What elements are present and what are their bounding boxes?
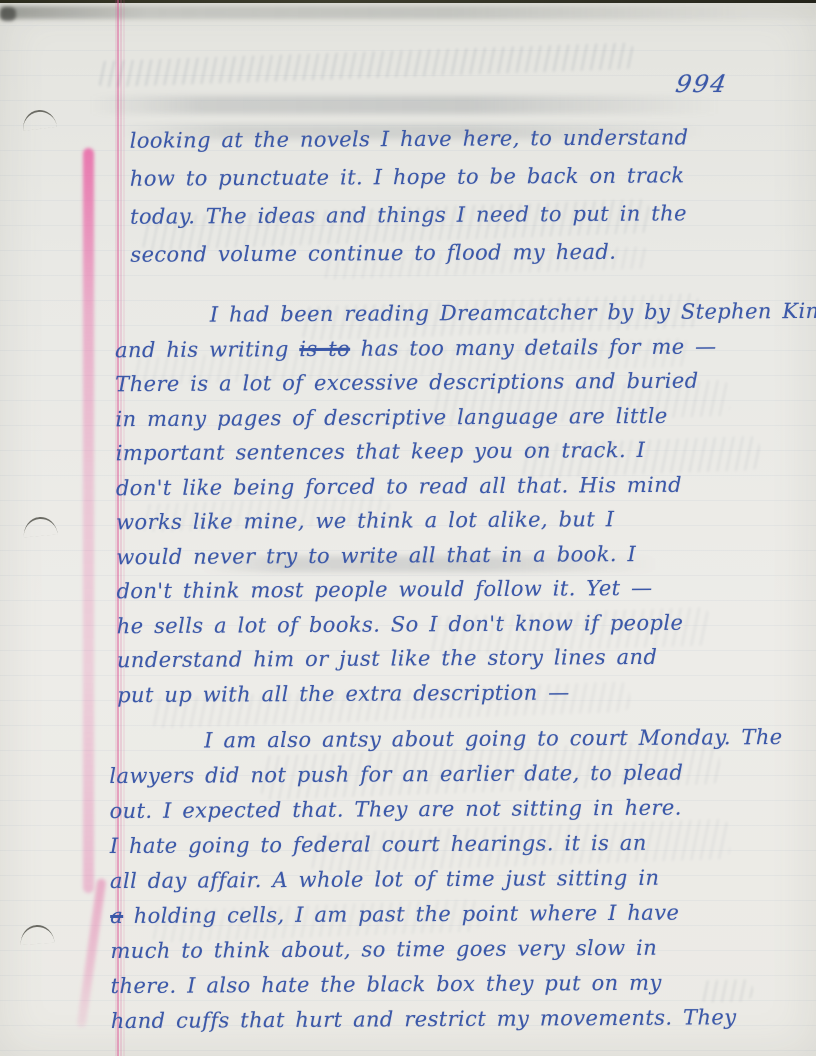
hole-punch: [22, 516, 58, 538]
scan-corner-artifact: [0, 7, 16, 21]
handwritten-line: hand cuffs that hurt and restrict my mov…: [111, 1000, 785, 1039]
handwritten-line: I hate going to federal court hearings. …: [110, 825, 784, 864]
handwritten-line: second volume continue to flood my head.: [130, 232, 689, 273]
paragraph-2: I had been reading Dreamcatcher by by St…: [115, 294, 816, 712]
page-number: 994: [674, 70, 731, 98]
handwritten-line: works like mine, we think a lot alike, b…: [116, 501, 816, 540]
handwritten-line: out. I expected that. They are not sitti…: [109, 790, 783, 829]
handwritten-line: looking at the novels I have here, to un…: [130, 118, 689, 159]
hole-punch: [21, 108, 57, 131]
pink-marker-streak: [83, 148, 94, 893]
paragraph-3: I am also antsy about going to court Mon…: [109, 720, 784, 1039]
handwritten-line: important sentences that keep you on tra…: [116, 432, 816, 471]
handwritten-line: he sells a lot of books. So I don't know…: [117, 604, 816, 643]
handwritten-line: there. I also hate the black box they pu…: [111, 965, 785, 1004]
handwritten-line: in many pages of descriptive language ar…: [115, 397, 816, 436]
ink-bleed-smudge: [95, 43, 636, 88]
scan-edge-artifact: [0, 0, 816, 3]
paragraph-1: looking at the novels I have here, to un…: [130, 118, 690, 273]
scanned-letter-page: 994 looking at the novels I have here, t…: [0, 0, 816, 1056]
handwritten-line: today. The ideas and things I need to pu…: [130, 194, 689, 235]
handwritten-line: a holding cells, I am past the point whe…: [110, 895, 784, 934]
handwritten-line: understand him or just like the story li…: [117, 639, 816, 678]
struck-text: is to: [299, 336, 350, 360]
handwritten-line: all day affair. A whole lot of time just…: [110, 860, 784, 899]
handwritten-line: I had been reading Dreamcatcher by by St…: [115, 294, 816, 333]
handwritten-line: put up with all the extra description —: [117, 673, 816, 712]
handwritten-line: don't like being forced to read all that…: [116, 466, 816, 505]
handwritten-line: There is a lot of excessive descriptions…: [115, 363, 816, 402]
handwritten-line: and his writing is to has too many detai…: [115, 328, 816, 367]
handwritten-line: would never try to write all that in a b…: [116, 535, 816, 574]
struck-text: a: [110, 904, 123, 928]
ink-bleed-smudge: [90, 96, 720, 114]
scan-smear-artifact: [0, 6, 816, 19]
handwritten-line: how to punctuate it. I hope to be back o…: [130, 156, 689, 197]
handwritten-line: don't think most people would follow it.…: [116, 570, 816, 609]
handwritten-line: much to think about, so time goes very s…: [110, 930, 784, 969]
pink-marker-streak-bottom: [77, 878, 107, 1028]
handwritten-line: I am also antsy about going to court Mon…: [109, 720, 783, 759]
handwritten-line: lawyers did not push for an earlier date…: [109, 755, 783, 794]
hole-punch: [19, 924, 54, 945]
